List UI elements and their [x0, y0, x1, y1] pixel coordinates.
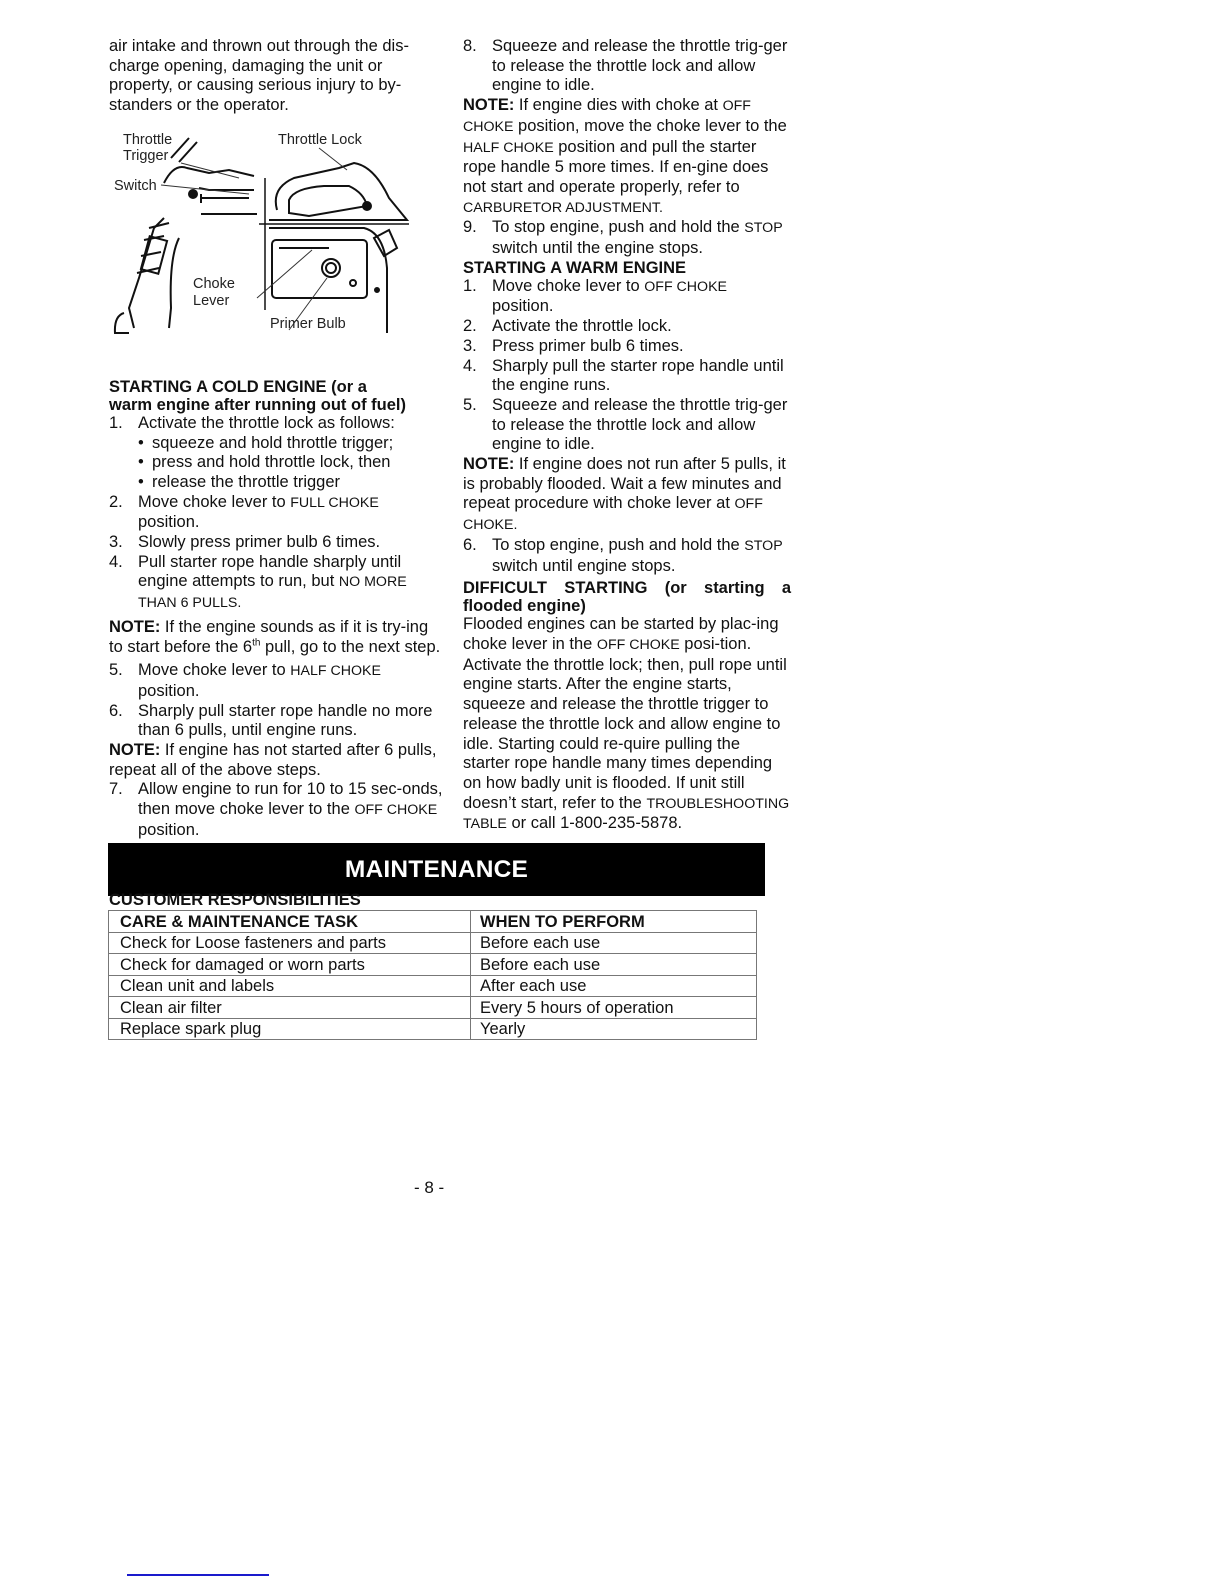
intro-line: charge opening, damaging the unit or — [109, 57, 444, 77]
intro-line: standers or the operator. — [109, 96, 444, 116]
step-item: 5.Move choke lever to HALF CHOKEposition… — [109, 661, 444, 701]
section-heading: STARTING A WARM ENGINE — [463, 259, 791, 277]
section-heading: flooded engine) — [463, 597, 791, 615]
schedule-cell: After each use — [471, 975, 757, 997]
task-cell: Clean unit and labels — [109, 975, 471, 997]
step-item: 1.Activate the throttle lock as follows: — [109, 414, 444, 434]
intro-line: property, or causing serious injury to b… — [109, 76, 444, 96]
throttle-lock-label: Throttle Lock — [278, 132, 362, 149]
table-header-row: CARE & MAINTENANCE TASK WHEN TO PERFORM — [109, 911, 757, 933]
throttle-trigger-label: Trigger — [123, 148, 168, 165]
step-item: 1.Move choke lever to OFF CHOKEposition. — [463, 277, 791, 317]
note: NOTE: If engine has not started after 6 … — [109, 741, 444, 780]
table-row: Clean unit and labels After each use — [109, 975, 757, 997]
paragraph: Flooded engines can be started by plac-i… — [463, 615, 791, 835]
warm-engine-section: STARTING A WARM ENGINE 1.Move choke leve… — [463, 259, 791, 577]
table-row: Replace spark plug Yearly — [109, 1018, 757, 1040]
task-cell: Clean air filter — [109, 997, 471, 1019]
note: NOTE: If engine dies with choke at OFF C… — [463, 96, 791, 218]
maintenance-table: CARE & MAINTENANCE TASK WHEN TO PERFORM … — [108, 910, 757, 1040]
step-item: 2.Move choke lever to FULL CHOKEposition… — [109, 493, 444, 533]
right-column: 8.Squeeze and release the throttle trig-… — [463, 37, 791, 835]
task-cell: Check for Loose fasteners and parts — [109, 932, 471, 954]
cold-engine-section: STARTING A COLD ENGINE (or a warm engine… — [109, 378, 444, 841]
step-item: 3.Press primer bulb 6 times. — [463, 337, 791, 357]
step-item: 4.Pull starter rope handle sharply until… — [109, 553, 444, 614]
choke-lever-label: Choke — [193, 276, 235, 293]
step-item: 2.Activate the throttle lock. — [463, 317, 791, 337]
table-row: Clean air filter Every 5 hours of operat… — [109, 997, 757, 1019]
task-cell: Replace spark plug — [109, 1018, 471, 1040]
note: NOTE: If engine does not run after 5 pul… — [463, 455, 791, 536]
step-item: 5.Squeeze and release the throttle trig-… — [463, 396, 791, 455]
table-row: Check for damaged or worn parts Before e… — [109, 954, 757, 976]
step-item: 4.Sharply pull the starter rope handle u… — [463, 357, 791, 396]
column-header: CARE & MAINTENANCE TASK — [109, 911, 471, 933]
customer-responsibilities-heading: CUSTOMER RESPONSIBILITIES — [109, 890, 361, 910]
task-cell: Check for damaged or worn parts — [109, 954, 471, 976]
page-number: - 8 - — [414, 1178, 444, 1198]
section-heading: DIFFICULT STARTING (or starting a — [463, 579, 791, 597]
bullet-item: •release the throttle trigger — [109, 473, 444, 493]
section-heading: STARTING A COLD ENGINE (or a — [109, 378, 444, 396]
bullet-item: •press and hold throttle lock, then — [109, 453, 444, 473]
section-heading: warm engine after running out of fuel) — [109, 396, 444, 414]
step-item: 8.Squeeze and release the throttle trig-… — [463, 37, 791, 96]
schedule-cell: Before each use — [471, 932, 757, 954]
throttle-trigger-label: Throttle — [123, 132, 172, 149]
schedule-cell: Yearly — [471, 1018, 757, 1040]
step-item: 9.To stop engine, push and hold the STOP… — [463, 218, 791, 258]
difficult-starting-section: DIFFICULT STARTING (or starting a floode… — [463, 579, 791, 835]
bullet-item: •squeeze and hold throttle trigger; — [109, 434, 444, 454]
switch-label: Switch — [114, 178, 157, 195]
primer-bulb-label: Primer Bulb — [270, 316, 346, 333]
trimmer-controls-diagram: Throttle Trigger Switch Throttle Lock Ch… — [109, 128, 409, 358]
step-item: 7.Allow engine to run for 10 to 15 sec-o… — [109, 780, 444, 840]
step-item: 3.Slowly press primer bulb 6 times. — [109, 533, 444, 553]
note: NOTE: If the engine sounds as if it is t… — [109, 618, 444, 657]
choke-lever-label: Lever — [193, 293, 229, 310]
schedule-cell: Before each use — [471, 954, 757, 976]
column-header: WHEN TO PERFORM — [471, 911, 757, 933]
link-underline — [127, 1574, 269, 1576]
step-item: 6.To stop engine, push and hold the STOP… — [463, 536, 791, 576]
intro-line: air intake and thrown out through the di… — [109, 37, 444, 57]
schedule-cell: Every 5 hours of operation — [471, 997, 757, 1019]
table-row: Check for Loose fasteners and parts Befo… — [109, 932, 757, 954]
left-column: air intake and thrown out through the di… — [109, 37, 444, 841]
maintenance-banner: MAINTENANCE — [108, 843, 765, 896]
step-item: 6.Sharply pull starter rope handle no mo… — [109, 702, 444, 741]
